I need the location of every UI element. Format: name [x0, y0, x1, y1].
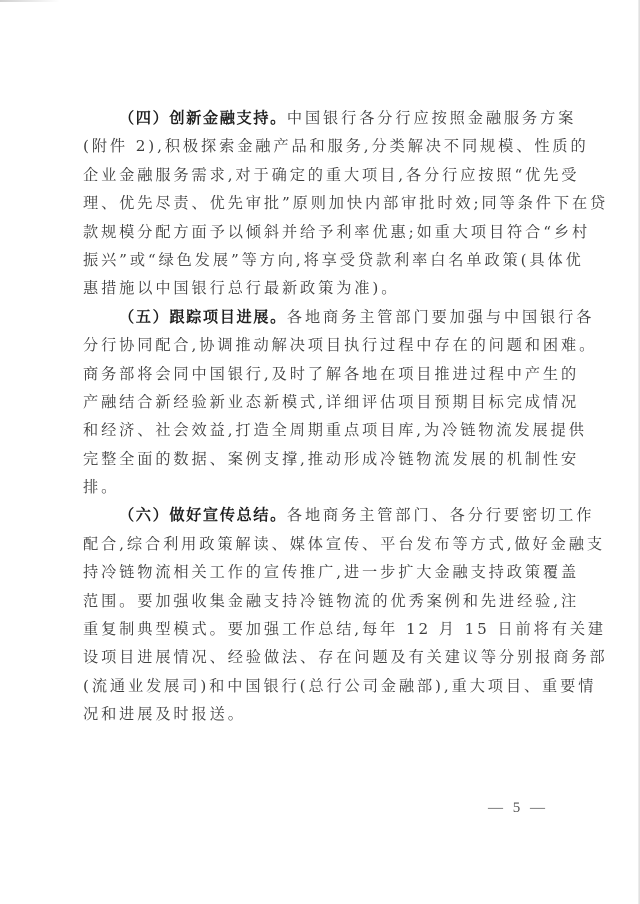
paragraph-line: 重复制典型模式。要加强工作总结,每年 12 月 15 日前将有关建: [83, 615, 555, 643]
section-4-text: 中国银行各分行应按照金融服务方案: [287, 109, 576, 127]
section-6-text: 各地商务主管部门、各分行要密切工作: [287, 506, 595, 524]
scan-edge-top: [0, 0, 60, 2]
paragraph-line: (附件 2),积极探索金融产品和服务,分类解决不同规模、性质的: [83, 132, 555, 160]
paragraph-line: 振兴”或“绿色发展”等方向,将享受贷款利率白名单政策(具体优: [83, 246, 555, 274]
paragraph-line: 款规模分配方面予以倾斜并给予利率优惠;如重大项目符合“乡村: [83, 218, 555, 246]
paragraph-line: 设项目进展情况、经验做法、存在问题及有关建议等分别报商务部: [83, 643, 555, 671]
page-number: — 5 —: [488, 800, 548, 817]
paragraph-line: (流通业发展司)和中国银行(总行公司金融部),重大项目、重要情: [83, 672, 555, 700]
section-6-heading: （六）做好宣传总结。: [119, 506, 287, 524]
paragraph-line: 持冷链物流相关工作的宣传推广,进一步扩大金融支持政策覆盖: [83, 558, 555, 586]
paragraph-line: 惠措施以中国银行总行最新政策为准)。: [83, 274, 555, 302]
section-5-text: 各地商务主管部门要加强与中国银行各: [287, 308, 595, 326]
section-5-first-line: （五）跟踪项目进展。各地商务主管部门要加强与中国银行各: [83, 303, 555, 331]
paragraph-line: 商务部将会同中国银行,及时了解各地在项目推进过程中产生的: [83, 360, 555, 388]
paragraph-line: 和经济、社会效益,打造全周期重点项目库,为冷链物流发展提供: [83, 416, 555, 444]
paragraph-line: 范围。要加强收集金融支持冷链物流的优秀案例和先进经验,注: [83, 587, 555, 615]
paragraph-line: 配合,综合利用政策解读、媒体宣传、平台发布等方式,做好金融支: [83, 530, 555, 558]
section-4-heading: （四）创新金融支持。: [119, 109, 287, 127]
paragraph-line: 理、优先尽责、优先审批”原则加快内部审批时效;同等条件下在贷: [83, 189, 555, 217]
section-6-first-line: （六）做好宣传总结。各地商务主管部门、各分行要密切工作: [83, 501, 555, 529]
document-page: （四）创新金融支持。中国银行各分行应按照金融服务方案 (附件 2),积极探索金融…: [0, 0, 640, 904]
paragraph-line: 产融结合新经验新业态新模式,详细评估项目预期目标完成情况: [83, 388, 555, 416]
section-4-first-line: （四）创新金融支持。中国银行各分行应按照金融服务方案: [83, 104, 555, 132]
paragraph-line: 分行协同配合,协调推动解决项目执行过程中存在的问题和困难。: [83, 331, 555, 359]
paragraph-line: 况和进展及时报送。: [83, 700, 555, 728]
document-body: （四）创新金融支持。中国银行各分行应按照金融服务方案 (附件 2),积极探索金融…: [83, 104, 555, 729]
paragraph-line: 企业金融服务需求,对于确定的重大项目,各分行应按照“优先受: [83, 161, 555, 189]
paragraph-line: 完整全面的数据、案例支撑,推动形成冷链物流发展的机制性安: [83, 445, 555, 473]
paragraph-line: 排。: [83, 473, 555, 501]
section-5-heading: （五）跟踪项目进展。: [119, 308, 287, 326]
